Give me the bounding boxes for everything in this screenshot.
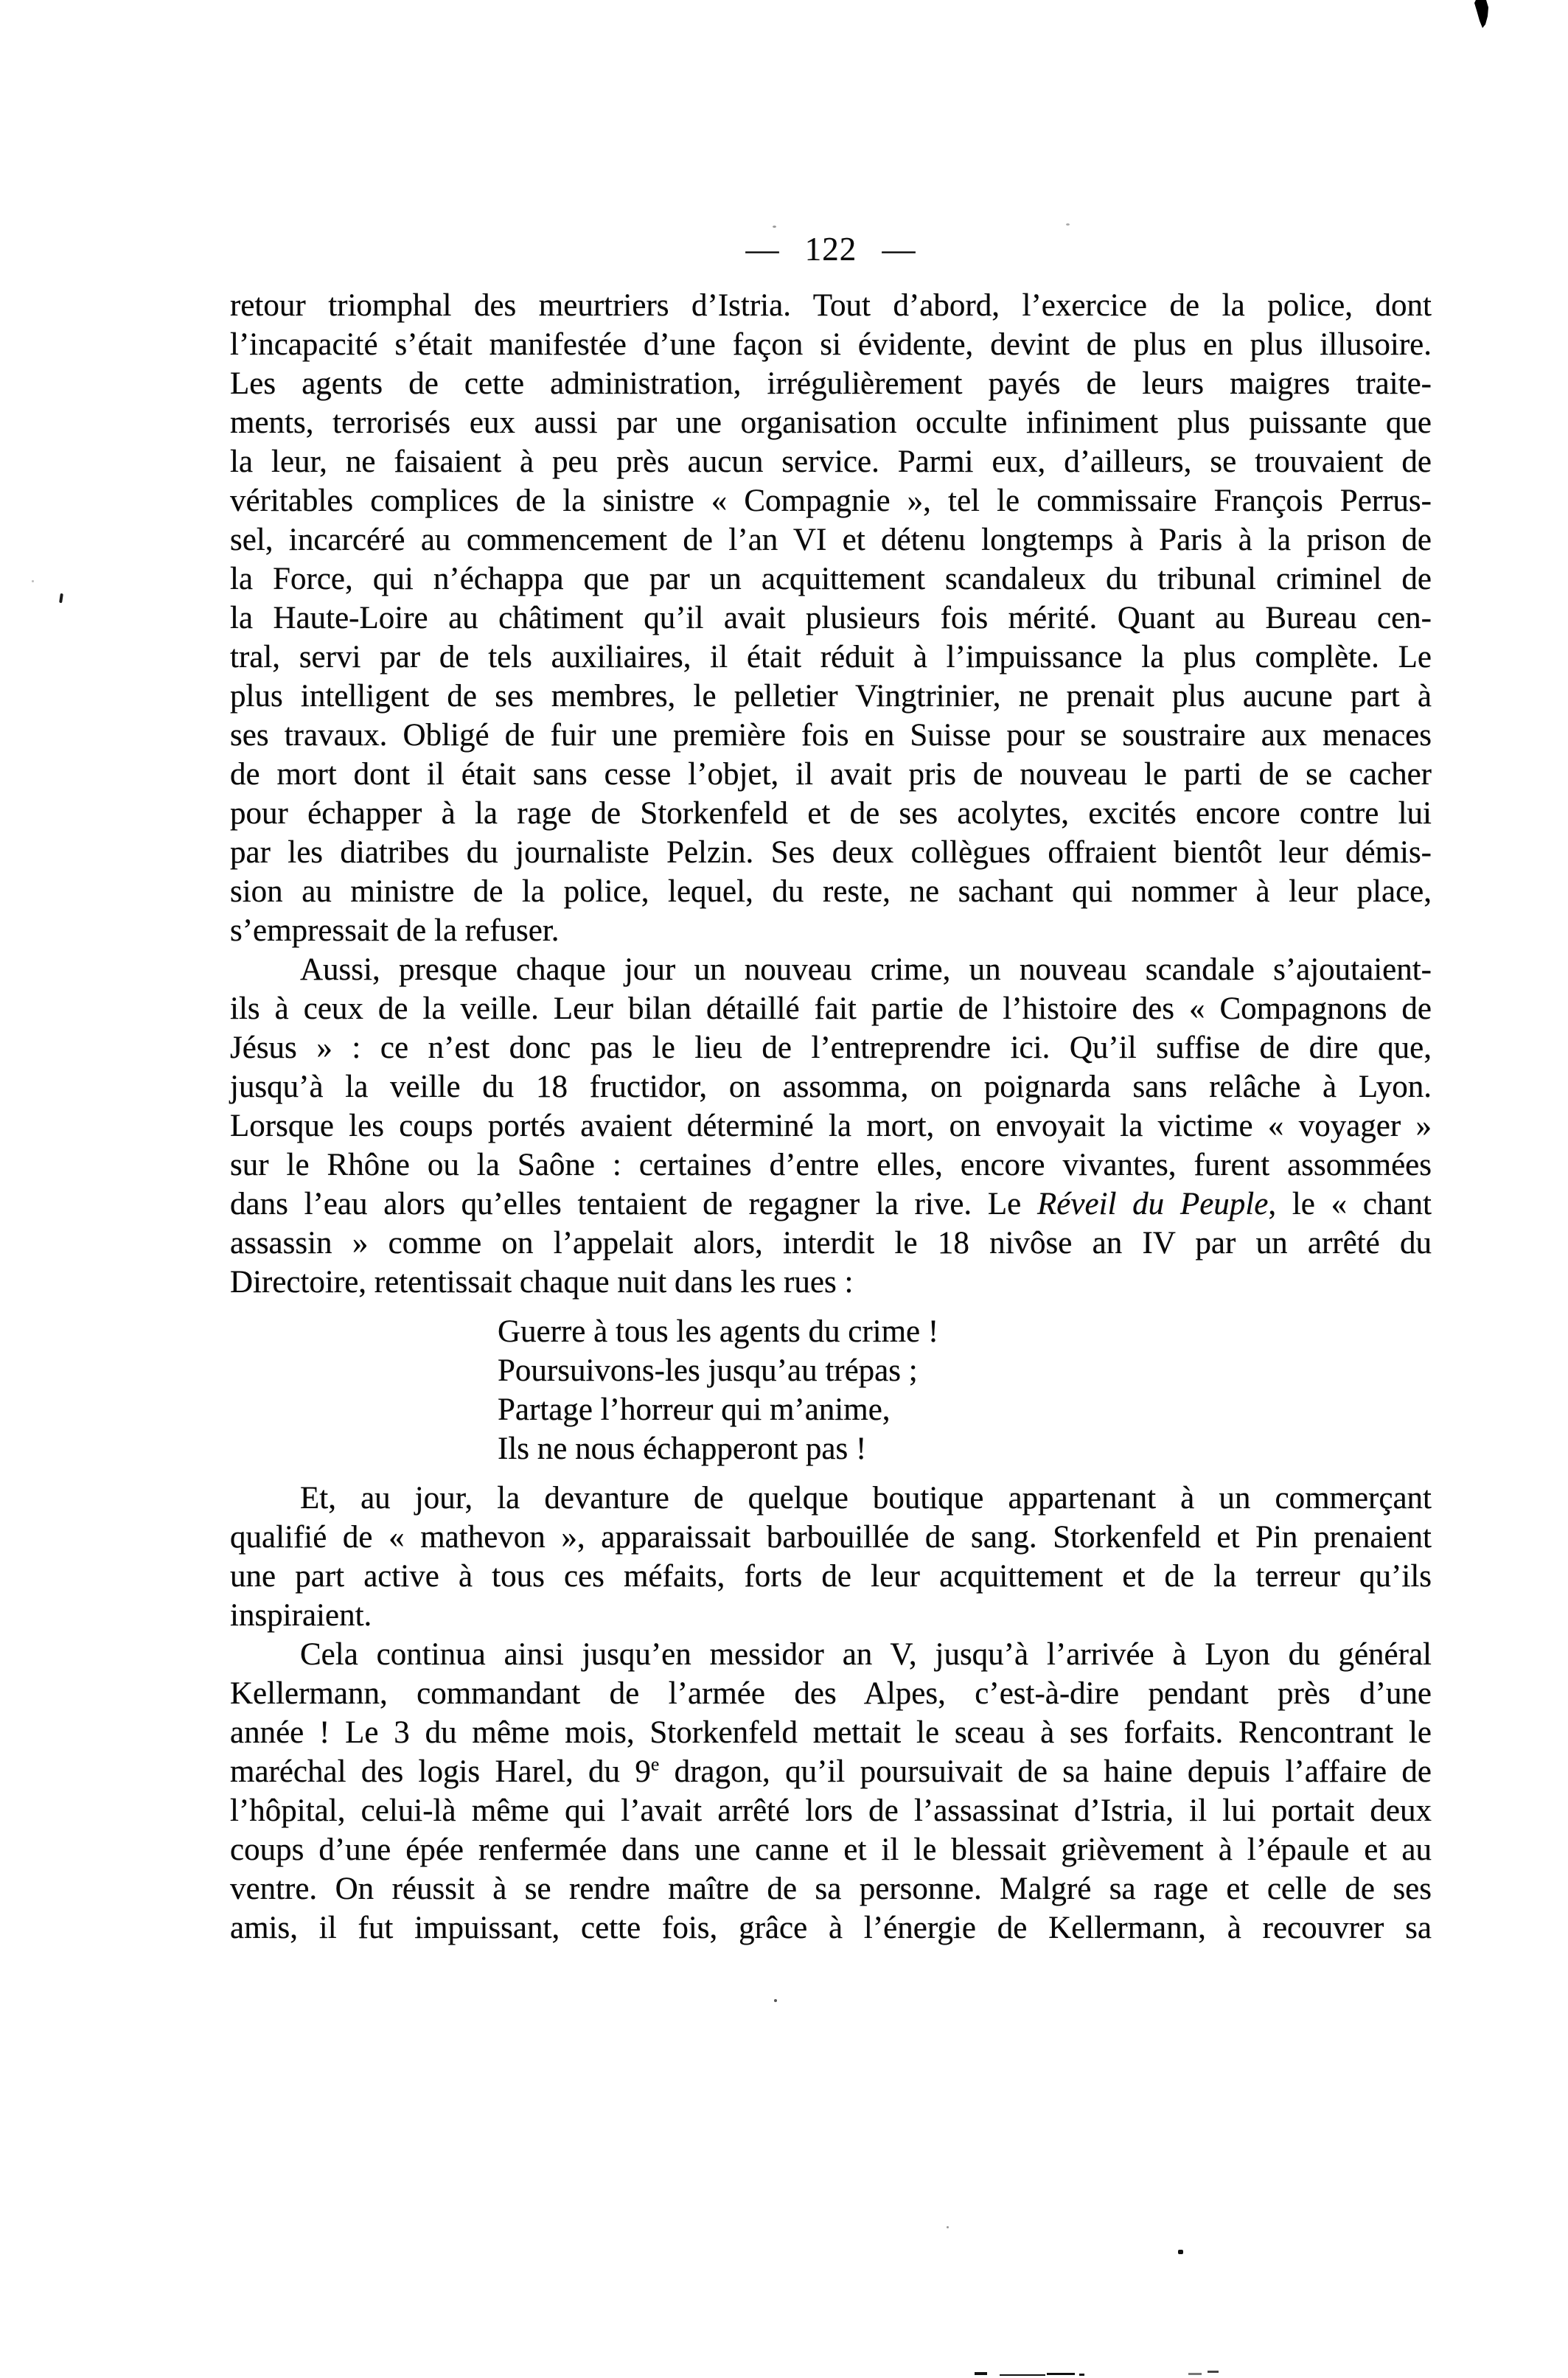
scan-speck [1178,2250,1183,2254]
text-line: pour échapper à la rage de Storkenfeld e… [230,794,1432,833]
text-line: la Force, qui n’échappa que par un acqui… [230,559,1432,599]
scan-speck [1066,223,1070,226]
text-line: année ! Le 3 du même mois, Storkenfeld m… [230,1713,1432,1752]
text-line: Aussi, presque chaque jour un nouveau cr… [230,950,1432,989]
text-line: Ils ne nous échapperont pas ! [498,1429,1432,1468]
scan-dash-artifact [1208,2371,1219,2373]
paragraph: Aussi, presque chaque jour un nouveau cr… [230,950,1432,1302]
text-line: la leur, ne faisaient à peu près aucun s… [230,442,1432,481]
text-line: Guerre à tous les agents du crime ! [498,1312,1432,1351]
scan-dash-artifact [975,2372,987,2375]
text-line: par les diatribes du journaliste Pelzin.… [230,833,1432,872]
scan-speck [774,1999,777,2002]
text-line: tral, servi par de tels auxiliaires, il … [230,638,1432,677]
text-line: s’empressait de la refuser. [230,911,1432,950]
verse-block: Guerre à tous les agents du crime !Pours… [230,1312,1432,1468]
text-line: sion au ministre de la police, lequel, d… [230,872,1432,911]
text-line: dans l’eau alors qu’elles tentaient de r… [230,1185,1432,1224]
page-number: — 122 — [230,230,1432,268]
text-line: véritables complices de la sinistre « Co… [230,481,1432,520]
scan-dash-artifact [1188,2373,1202,2375]
ink-blot-artifact [1473,0,1492,29]
text-line: Poursuivons-les jusqu’au trépas ; [498,1351,1432,1390]
paragraph: retour triomphal des meurtriers d’Istria… [230,286,1432,950]
scan-dash-artifact [1079,2374,1084,2376]
text-line: jusqu’à la veille du 18 fructidor, on as… [230,1067,1432,1106]
text-line: ments, terrorisés eux aussi par une orga… [230,403,1432,442]
margin-tick-artifact [59,593,63,603]
scan-dash-artifact [1047,2373,1075,2375]
text-line: ils à ceux de la veille. Leur bilan déta… [230,989,1432,1028]
text-line: Kellermann, commandant de l’armée des Al… [230,1674,1432,1713]
text-line: Les agents de cette administration, irré… [230,364,1432,403]
text-line: qualifié de « mathevon », apparaissait b… [230,1518,1432,1557]
text-line: l’incapacité s’était manifestée d’une fa… [230,325,1432,364]
scan-speck [947,2226,949,2228]
text-line: Et, au jour, la devanture de quelque bou… [230,1479,1432,1518]
text-line: l’hôpital, celui-là même qui l’avait arr… [230,1791,1432,1830]
text-line: ventre. On réussit à se rendre maître de… [230,1869,1432,1908]
text-line: maréchal des logis Harel, du 9e dragon, … [230,1752,1432,1791]
scan-speck [32,580,34,582]
text-line: Directoire, retentissait chaque nuit dan… [230,1263,1432,1302]
text-line: Partage l’horreur qui m’anime, [498,1390,1432,1429]
paragraph: Et, au jour, la devanture de quelque bou… [230,1479,1432,1635]
text-line: la Haute-Loire au châtiment qu’il avait … [230,599,1432,638]
text-line: une part active à tous ces méfaits, fort… [230,1557,1432,1596]
text-line: Cela continua ainsi jusqu’en messidor an… [230,1635,1432,1674]
text-line: plus intelligent de ses membres, le pell… [230,677,1432,716]
scan-dash-artifact [1000,2374,1045,2376]
text-line: ses travaux. Obligé de fuir une première… [230,716,1432,755]
book-page: — 122 — retour triomphal des meurtriers … [0,0,1568,2378]
text-line: coups d’une épée renfermée dans une cann… [230,1830,1432,1869]
scan-speck [773,226,776,228]
text-line: retour triomphal des meurtriers d’Istria… [230,286,1432,325]
text-line: amis, il fut impuissant, cette fois, grâ… [230,1908,1432,1948]
text-line: Jésus » : ce n’est donc pas le lieu de l… [230,1028,1432,1067]
text-block: retour triomphal des meurtriers d’Istria… [230,286,1432,1948]
paragraph: Cela continua ainsi jusqu’en messidor an… [230,1635,1432,1948]
text-line: Lorsque les coups portés avaient détermi… [230,1106,1432,1146]
text-line: sel, incarcéré au commencement de l’an V… [230,520,1432,559]
text-line: sur le Rhône ou la Saône : certaines d’e… [230,1146,1432,1185]
text-line: inspiraient. [230,1596,1432,1635]
text-line: de mort dont il était sans cesse l’objet… [230,755,1432,794]
text-line: assassin » comme on l’appelait alors, in… [230,1224,1432,1263]
